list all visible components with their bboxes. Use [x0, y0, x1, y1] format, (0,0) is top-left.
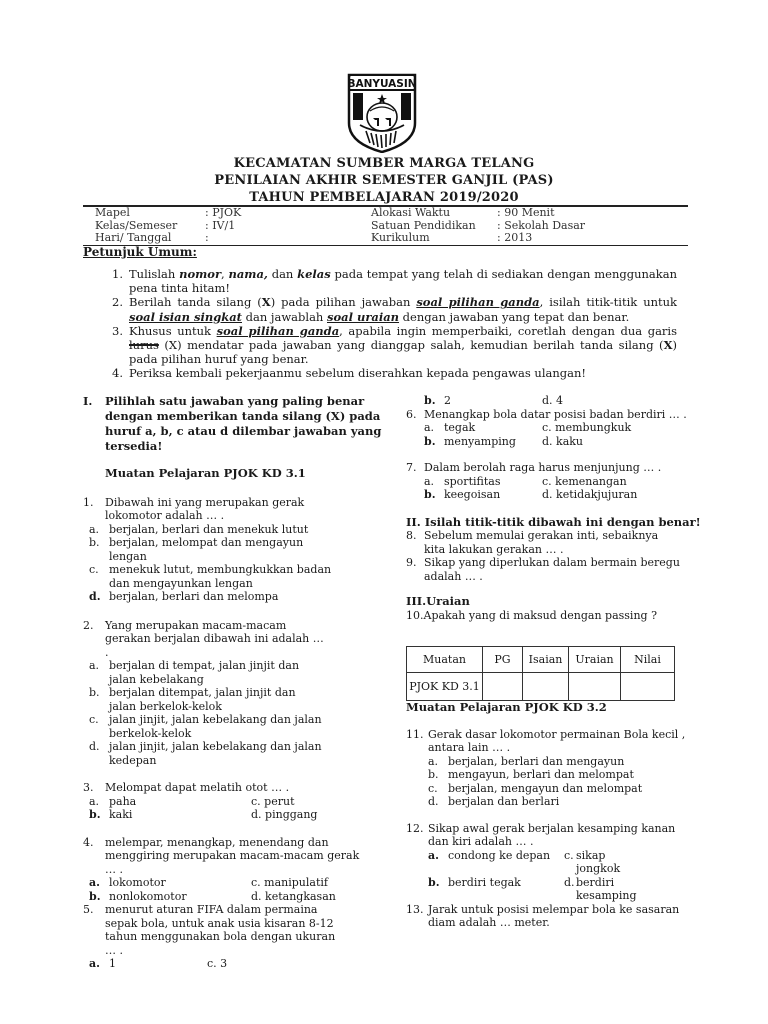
option[interactable]: d. kaku	[542, 435, 672, 449]
svg-text:BANYUASIN: BANYUASIN	[347, 78, 416, 90]
instruction-number: 3.	[112, 324, 129, 367]
header-school-year: TAHUN PEMBELAJARAN 2019/2020	[0, 190, 768, 205]
option[interactable]: b.2	[424, 394, 542, 408]
question-text: Melompat dapat melatih otot … .	[105, 781, 289, 795]
option[interactable]: b.menyamping	[424, 435, 542, 449]
header-exam-title: PENILAIAN AKHIR SEMESTER GANJIL (PAS)	[0, 173, 768, 188]
option[interactable]: a.paha	[89, 795, 251, 809]
score-cell-isian[interactable]	[523, 673, 569, 701]
option[interactable]: a.tegak	[424, 421, 542, 435]
option[interactable]: b.mengayun, berlari dan melompat	[406, 768, 706, 782]
option[interactable]: c.sikap jongkok	[564, 849, 654, 876]
instruction-item: 4. Periksa kembali pekerjaanmu sebelum d…	[112, 366, 677, 380]
question-12: 12.Sikap awal gerak berjalan kesamping k…	[406, 822, 706, 903]
info-value: : IV/1	[205, 220, 371, 233]
info-value: : 2013	[497, 232, 677, 245]
question-text: Dibawah ini yang merupakan gerak lokomot…	[105, 496, 305, 523]
question-3: 3.Melompat dapat melatih otot … . a.paha…	[83, 781, 383, 822]
option[interactable]: b.berdiri tegak	[428, 876, 564, 903]
option[interactable]: d. ketangkasan	[251, 890, 371, 904]
general-instructions-title: Petunjuk Umum:	[83, 245, 197, 259]
info-value: : PJOK	[205, 207, 371, 220]
question-9: 9.Sikap yang diperlukan dalam bermain be…	[406, 556, 706, 583]
question-text: menurut aturan FIFA dalam permaina sepak…	[105, 903, 345, 957]
info-row: Mapel : PJOK Alokasi Waktu : 90 Menit	[83, 207, 688, 220]
question-5: 5.menurut aturan FIFA dalam permaina sep…	[83, 903, 383, 971]
option[interactable]: c.menekuk lutut, membungkukkan badan dan…	[83, 563, 383, 590]
question-text: Sikap awal gerak berjalan kesamping kana…	[428, 822, 688, 849]
instruction-number: 4.	[112, 366, 129, 380]
question-10: 10.Apakah yang di maksud dengan passing …	[406, 609, 706, 623]
info-label: Hari/ Tanggal	[83, 232, 205, 245]
question-text: Apakah yang di maksud dengan passing ?	[424, 609, 657, 623]
info-row: Hari/ Tanggal : Kurikulum : 2013	[83, 232, 688, 245]
score-cell-uraian[interactable]	[569, 673, 621, 701]
question-text: Jarak untuk posisi melempar bola ke sasa…	[428, 903, 688, 930]
section-3-title: III.Uraian	[406, 595, 706, 609]
question-1: 1.Dibawah ini yang merupakan gerak lokom…	[83, 496, 383, 604]
header-district: KECAMATAN SUMBER MARGA TELANG	[0, 156, 768, 171]
banyuasin-crest-icon: BANYUASIN	[346, 73, 418, 153]
question-2: 2.Yang merupakan macam-macam gerakan ber…	[83, 619, 383, 768]
option[interactable]: b.kaki	[89, 808, 251, 822]
instruction-item: 2. Berilah tanda silang (X) pada pilihan…	[112, 295, 677, 323]
section-2-title: II. Isilah titik-titik dibawah ini denga…	[406, 516, 706, 530]
section-1-instruction: I. Pilihlah satu jawaban yang paling ben…	[83, 394, 383, 454]
score-table-header: Muatan PG Isaian Uraian Nilai	[407, 647, 675, 673]
option[interactable]: b.keegoisan	[424, 488, 542, 502]
instruction-text: Berilah tanda silang (X) pada pilihan ja…	[129, 295, 677, 323]
option[interactable]: b.berjalan, melompat dan mengayun lengan	[83, 536, 383, 563]
section-1-subtitle-kd32: Muatan Pelajaran PJOK KD 3.2	[406, 701, 706, 715]
option[interactable]: b.berjalan ditempat, jalan jinjit dan ja…	[83, 686, 383, 713]
section-1-subtitle: Muatan Pelajaran PJOK KD 3.1	[105, 467, 383, 481]
option[interactable]: d.jalan jinjit, jalan kebelakang dan jal…	[83, 740, 383, 767]
question-7: 7.Dalam berolah raga harus menjunjung … …	[406, 461, 706, 502]
question-text: Sebelum memulai gerakan inti, sebaiknya …	[424, 529, 674, 556]
question-text: Sikap yang diperlukan dalam bermain bere…	[424, 556, 684, 583]
instruction-item: 1. Tulislah nomor, nama, dan kelas pada …	[112, 267, 677, 295]
option[interactable]: d. pinggang	[251, 808, 371, 822]
question-6: 6.Menangkap bola datar posisi badan berd…	[406, 408, 706, 449]
option[interactable]: a.1	[89, 957, 207, 971]
question-4: 4.melempar, menangkap, menendang dan men…	[83, 836, 383, 904]
info-value: : 90 Menit	[497, 207, 677, 220]
info-label: Alokasi Waktu	[371, 207, 497, 220]
option[interactable]: a.sportifitas	[424, 475, 542, 489]
option[interactable]: c. membungkuk	[542, 421, 672, 435]
info-label: Kurikulum	[371, 232, 497, 245]
question-text: melempar, menangkap, menendang dan mengg…	[105, 836, 360, 877]
left-column: I. Pilihlah satu jawaban yang paling ben…	[83, 394, 383, 971]
option[interactable]: c. perut	[251, 795, 371, 809]
option[interactable]: b.nonlokomotor	[89, 890, 251, 904]
right-column: b.2 d. 4 6.Menangkap bola datar posisi b…	[406, 394, 706, 930]
option[interactable]: a.berjalan, berlari dan mengayun	[406, 755, 706, 769]
score-cell-nilai[interactable]	[621, 673, 675, 701]
option[interactable]: d. ketidakjujuran	[542, 488, 672, 502]
option[interactable]: d. 4	[542, 394, 662, 408]
score-table-row: PJOK KD 3.1	[407, 673, 675, 701]
option[interactable]: c. 3	[207, 957, 327, 971]
option[interactable]: c. kemenangan	[542, 475, 672, 489]
option[interactable]: d.berdiri kesamping	[564, 876, 654, 903]
question-11: 11.Gerak dasar lokomotor permainan Bola …	[406, 728, 706, 809]
question-13: 13.Jarak untuk posisi melempar bola ke s…	[406, 903, 706, 930]
question-text: Dalam berolah raga harus menjunjung … .	[424, 461, 661, 475]
instruction-text: Khusus untuk soal pilihan ganda, apabila…	[129, 324, 677, 367]
score-table: Muatan PG Isaian Uraian Nilai PJOK KD 3.…	[406, 646, 675, 701]
instruction-text: Periksa kembali pekerjaanmu sebelum dise…	[129, 366, 677, 380]
question-text: Gerak dasar lokomotor permainan Bola kec…	[428, 728, 688, 755]
instruction-item: 3. Khusus untuk soal pilihan ganda, apab…	[112, 324, 677, 367]
score-cell-pg[interactable]	[483, 673, 523, 701]
option[interactable]: d.berjalan dan berlari	[406, 795, 706, 809]
general-instructions-list: 1. Tulislah nomor, nama, dan kelas pada …	[112, 267, 677, 381]
option[interactable]: a.condong ke depan	[428, 849, 564, 876]
option[interactable]: d.berjalan, berlari dan melompa	[83, 590, 383, 604]
option[interactable]: a.berjalan, berlari dan menekuk lutut	[83, 523, 383, 537]
question-5-continued: b.2 d. 4	[406, 394, 706, 408]
option[interactable]: a.lokomotor	[89, 876, 251, 890]
question-8: 8.Sebelum memulai gerakan inti, sebaikny…	[406, 529, 706, 556]
info-value: :	[205, 232, 371, 245]
option[interactable]: c.berjalan, mengayun dan melompat	[406, 782, 706, 796]
option[interactable]: c. manipulatif	[251, 876, 371, 890]
option[interactable]: c.jalan jinjit, jalan kebelakang dan jal…	[83, 713, 383, 740]
instruction-text: Tulislah nomor, nama, dan kelas pada tem…	[129, 267, 677, 295]
exam-info-block: Mapel : PJOK Alokasi Waktu : 90 Menit Ke…	[83, 205, 688, 246]
option[interactable]: a.berjalan di tempat, jalan jinjit dan j…	[83, 659, 383, 686]
info-label: Mapel	[83, 207, 205, 220]
question-text: Yang merupakan macam-macam gerakan berja…	[105, 619, 330, 660]
instruction-number: 2.	[112, 295, 129, 323]
instruction-number: 1.	[112, 267, 129, 295]
question-text: Menangkap bola datar posisi badan berdir…	[424, 408, 692, 422]
